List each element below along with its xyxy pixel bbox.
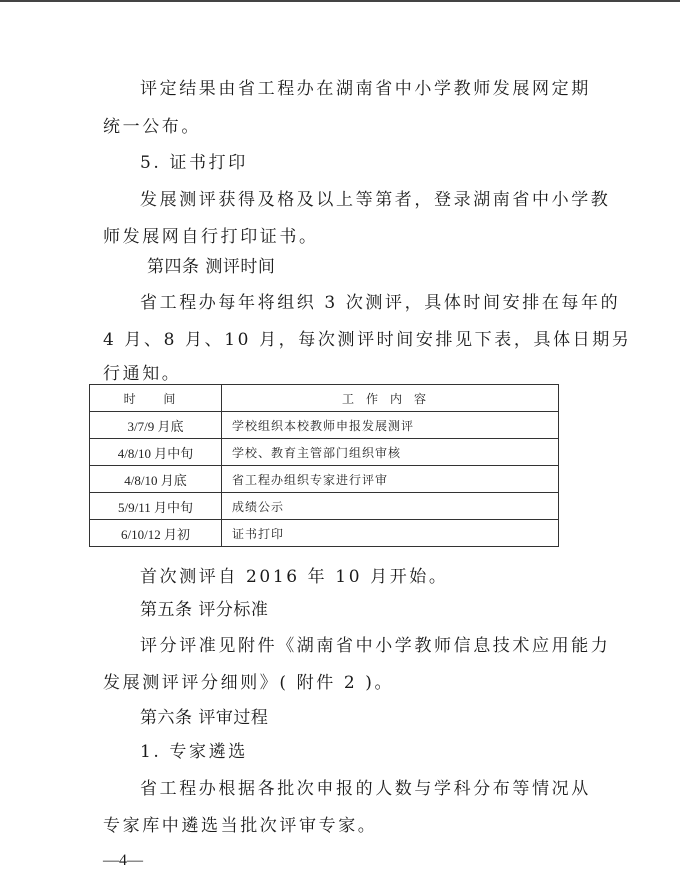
paragraph-scoring: 评分评准见附件《湖南省中小学教师信息技术应用能力 bbox=[140, 636, 610, 656]
table-row: 4/8/10 月底 省工程办组织专家进行评审 bbox=[90, 466, 559, 493]
table-row: 4/8/10 月中旬 学校、教育主管部门组织审核 bbox=[90, 439, 559, 466]
table-header-time: 时 间 bbox=[90, 385, 222, 412]
paragraph-schedule-cont: 4 月、8 月、10 月，每次测评时间安排见下表，具体日期另 bbox=[103, 330, 631, 350]
paragraph-result-publish-cont: 统一公布。 bbox=[103, 117, 201, 137]
table-cell-work: 省工程办组织专家进行评审 bbox=[222, 466, 559, 493]
table-cell-work: 成绩公示 bbox=[222, 493, 559, 520]
table-cell-time: 3/7/9 月底 bbox=[90, 412, 222, 439]
subheading-expert-selection: 1. 专家遴选 bbox=[140, 742, 248, 762]
table-row: 6/10/12 月初 证书打印 bbox=[90, 520, 559, 547]
paragraph-schedule: 省工程办每年将组织 3 次测评，具体时间安排在每年的 bbox=[140, 293, 620, 313]
schedule-table: 时 间 工作内容 3/7/9 月底 学校组织本校教师申报发展测评 4/8/10 … bbox=[89, 384, 559, 547]
page-number: —4— bbox=[103, 852, 143, 870]
table-row: 3/7/9 月底 学校组织本校教师申报发展测评 bbox=[90, 412, 559, 439]
paragraph-scoring-cont: 发展测评评分细则》( 附件 2 )。 bbox=[103, 673, 394, 693]
paragraph-expert-selection-cont: 专家库中遴选当批次评审专家。 bbox=[103, 816, 377, 836]
table-row: 5/9/11 月中旬 成绩公示 bbox=[90, 493, 559, 520]
table-cell-time: 5/9/11 月中旬 bbox=[90, 493, 222, 520]
subheading-certificate-print: 5. 证书打印 bbox=[140, 153, 248, 173]
section-5-heading: 第五条 评分标准 bbox=[140, 600, 268, 620]
section-6-heading: 第六条 评审过程 bbox=[140, 708, 268, 728]
paragraph-certificate: 发展测评获得及格及以上等第者，登录湖南省中小学教 bbox=[140, 190, 610, 210]
table-header-work: 工作内容 bbox=[222, 385, 559, 412]
paragraph-first-evaluation: 首次测评自 2016 年 10 月开始。 bbox=[140, 567, 449, 587]
table-cell-time: 4/8/10 月底 bbox=[90, 466, 222, 493]
table-cell-time: 4/8/10 月中旬 bbox=[90, 439, 222, 466]
section-4-heading: 第四条 测评时间 bbox=[147, 257, 275, 277]
paragraph-expert-selection: 省工程办根据各批次申报的人数与学科分布等情况从 bbox=[140, 779, 591, 799]
page-top-border bbox=[0, 0, 680, 2]
paragraph-schedule-end: 行通知。 bbox=[103, 364, 181, 384]
table-cell-work: 证书打印 bbox=[222, 520, 559, 547]
paragraph-certificate-cont: 师发展网自行打印证书。 bbox=[103, 227, 319, 247]
table-cell-time: 6/10/12 月初 bbox=[90, 520, 222, 547]
table-cell-work: 学校、教育主管部门组织审核 bbox=[222, 439, 559, 466]
table-cell-work: 学校组织本校教师申报发展测评 bbox=[222, 412, 559, 439]
paragraph-result-publish: 评定结果由省工程办在湖南省中小学教师发展网定期 bbox=[140, 79, 591, 99]
table-header-row: 时 间 工作内容 bbox=[90, 385, 559, 412]
